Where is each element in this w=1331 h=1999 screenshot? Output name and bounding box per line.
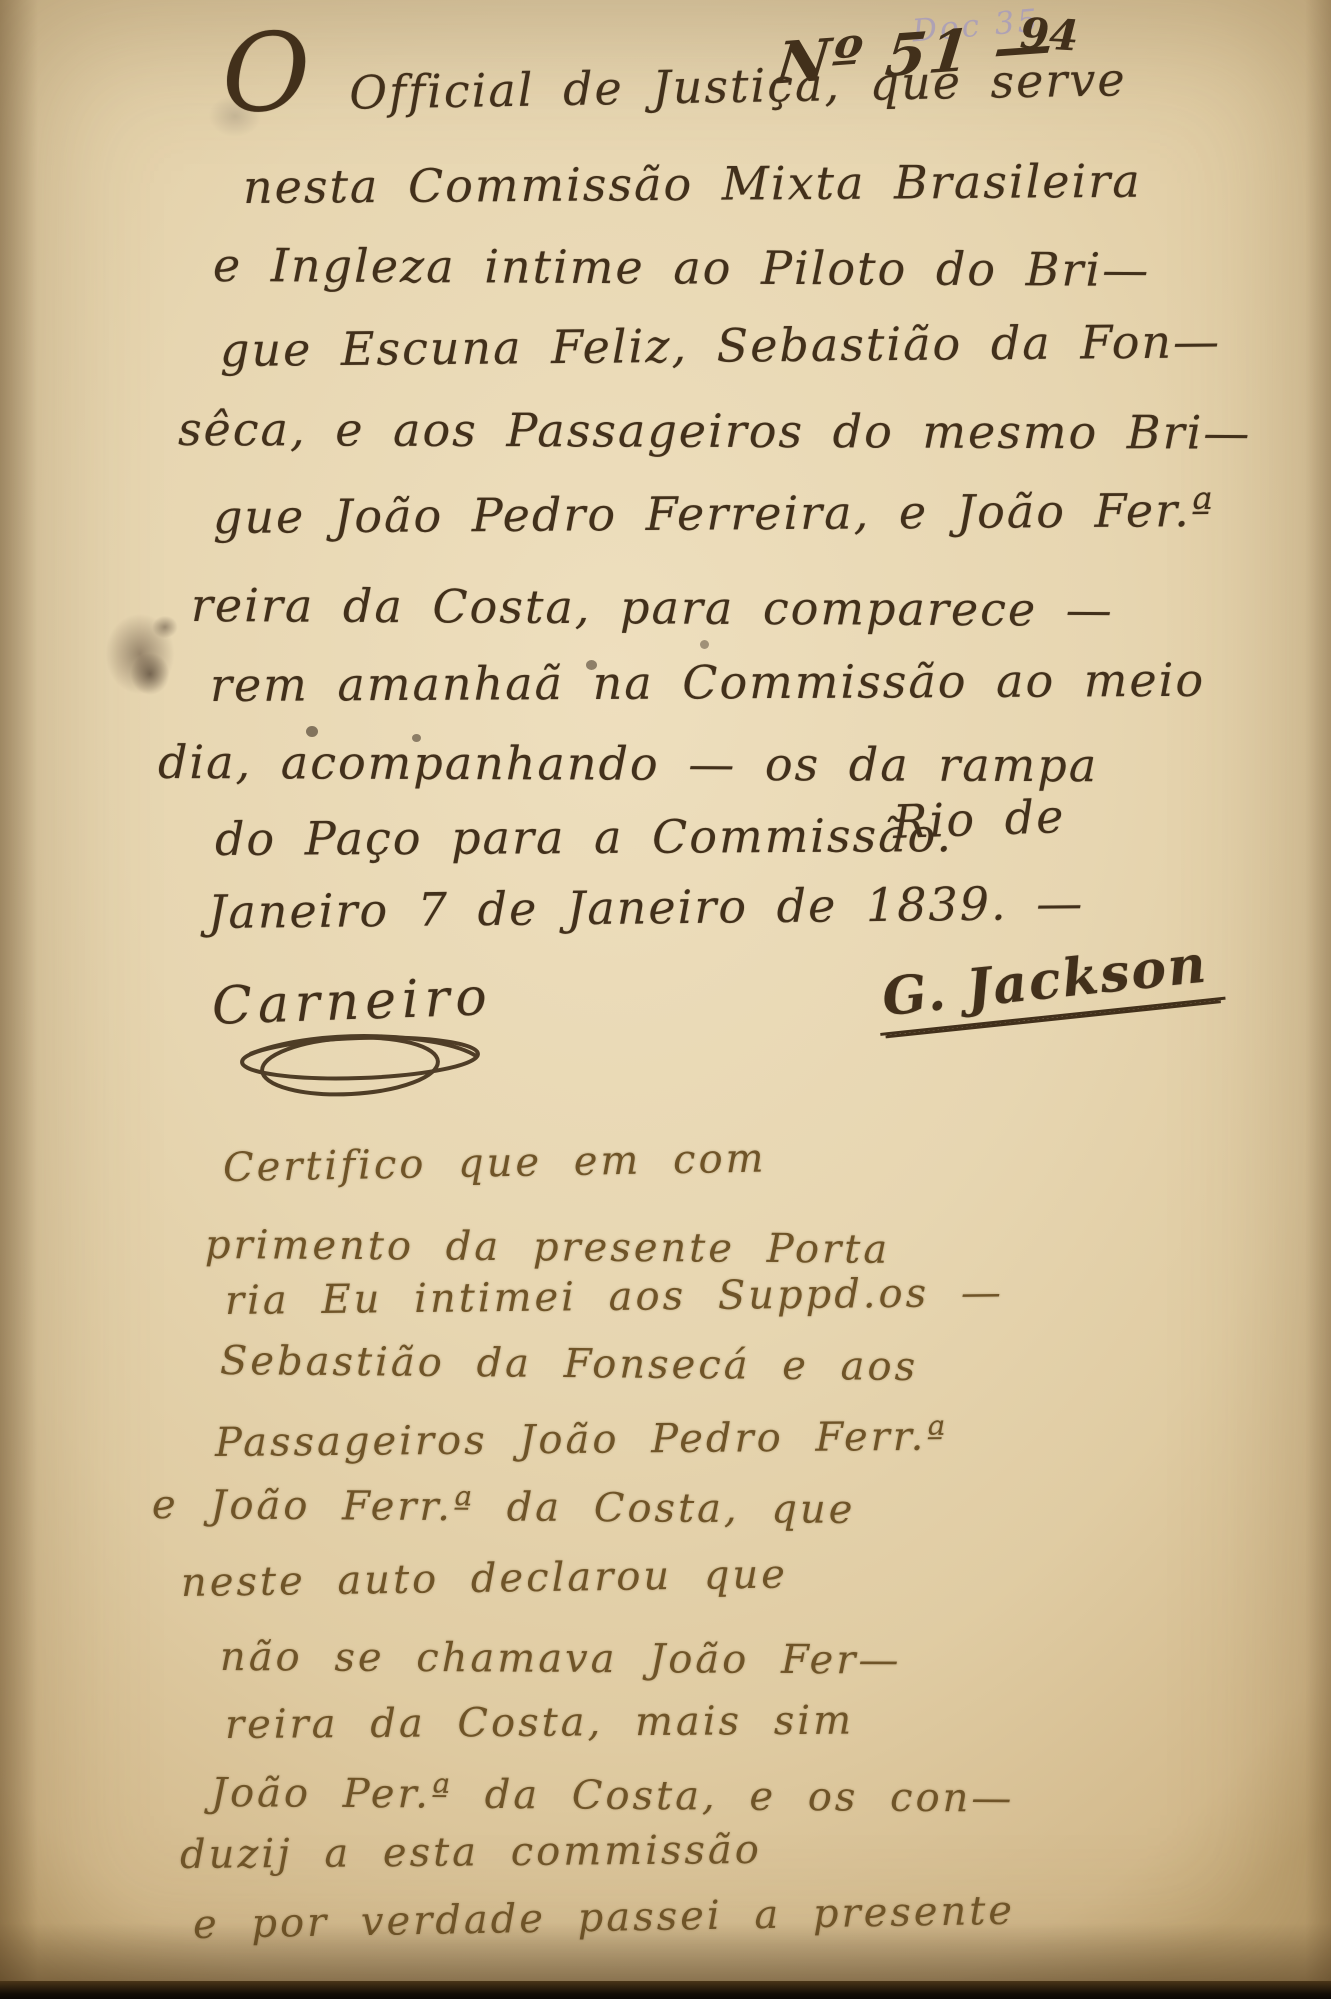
portaria-line: Janeiro 7 de Janeiro de 1839. — bbox=[208, 876, 1085, 939]
certificate-line: Passageiros João Pedro Ferr.ª bbox=[215, 1414, 949, 1466]
place-date: Rio de bbox=[892, 789, 1066, 849]
certificate-line: não se chamava João Fer— bbox=[220, 1634, 902, 1684]
portaria-line: reira da Costa, para comparece — bbox=[191, 578, 1114, 637]
portaria-line: nesta Commissão Mixta Brasileira bbox=[243, 154, 1142, 214]
signature-flourish bbox=[232, 1016, 488, 1104]
ink-stain bbox=[124, 646, 176, 702]
ink-stain bbox=[148, 612, 182, 642]
certificate-line: primento da presente Porta bbox=[205, 1222, 890, 1273]
signature-jackson: G. Jackson bbox=[873, 932, 1225, 1036]
portaria-line: sêca, e aos Passageiros do mesmo Bri— bbox=[178, 402, 1252, 460]
certificate-line: e João Ferr.ª da Costa, que bbox=[152, 1482, 856, 1533]
ink-speck bbox=[700, 640, 709, 649]
page-edge-shadow-right bbox=[1305, 0, 1331, 1999]
certificate-line: ria Eu intimei aos Suppd.os — bbox=[225, 1270, 1004, 1324]
portaria-line: O Official de Justiça, que serve bbox=[221, 26, 1127, 122]
portaria-line: gue Escuna Feliz, Sebastião da Fon— bbox=[220, 314, 1221, 377]
certificate-line: reira da Costa, mais sim bbox=[225, 1698, 854, 1748]
page-edge-shadow-left bbox=[0, 0, 38, 1999]
manuscript-page: Doc 35 Nº 51 — 94 O Official de Justiça,… bbox=[0, 0, 1331, 1999]
page-edge-dark-band bbox=[0, 1981, 1331, 1999]
portaria-line: e Ingleza intime ao Piloto do Bri— bbox=[213, 238, 1150, 297]
certificate-line: Certifico que em com bbox=[223, 1136, 767, 1191]
certificate-line: neste auto declarou que bbox=[181, 1552, 789, 1606]
certificate-line: Sebastião da Fonsecá e aos bbox=[220, 1338, 919, 1390]
certificate-line: duzij a esta commissão bbox=[180, 1827, 762, 1878]
ink-stain bbox=[92, 598, 188, 710]
portaria-line: rem amanhaã na Commissão ao meio bbox=[210, 653, 1205, 712]
portaria-line: do Paço para a Commissão. bbox=[215, 808, 953, 866]
portaria-line: dia, acompanhando — os da rampa bbox=[158, 735, 1098, 792]
certificate-line: João Per.ª da Costa, e os con— bbox=[211, 1770, 1015, 1822]
portaria-line: gue João Pedro Ferreira, e João Fer.ª bbox=[213, 483, 1215, 544]
page-edge-shadow-bottom bbox=[0, 1923, 1331, 1983]
